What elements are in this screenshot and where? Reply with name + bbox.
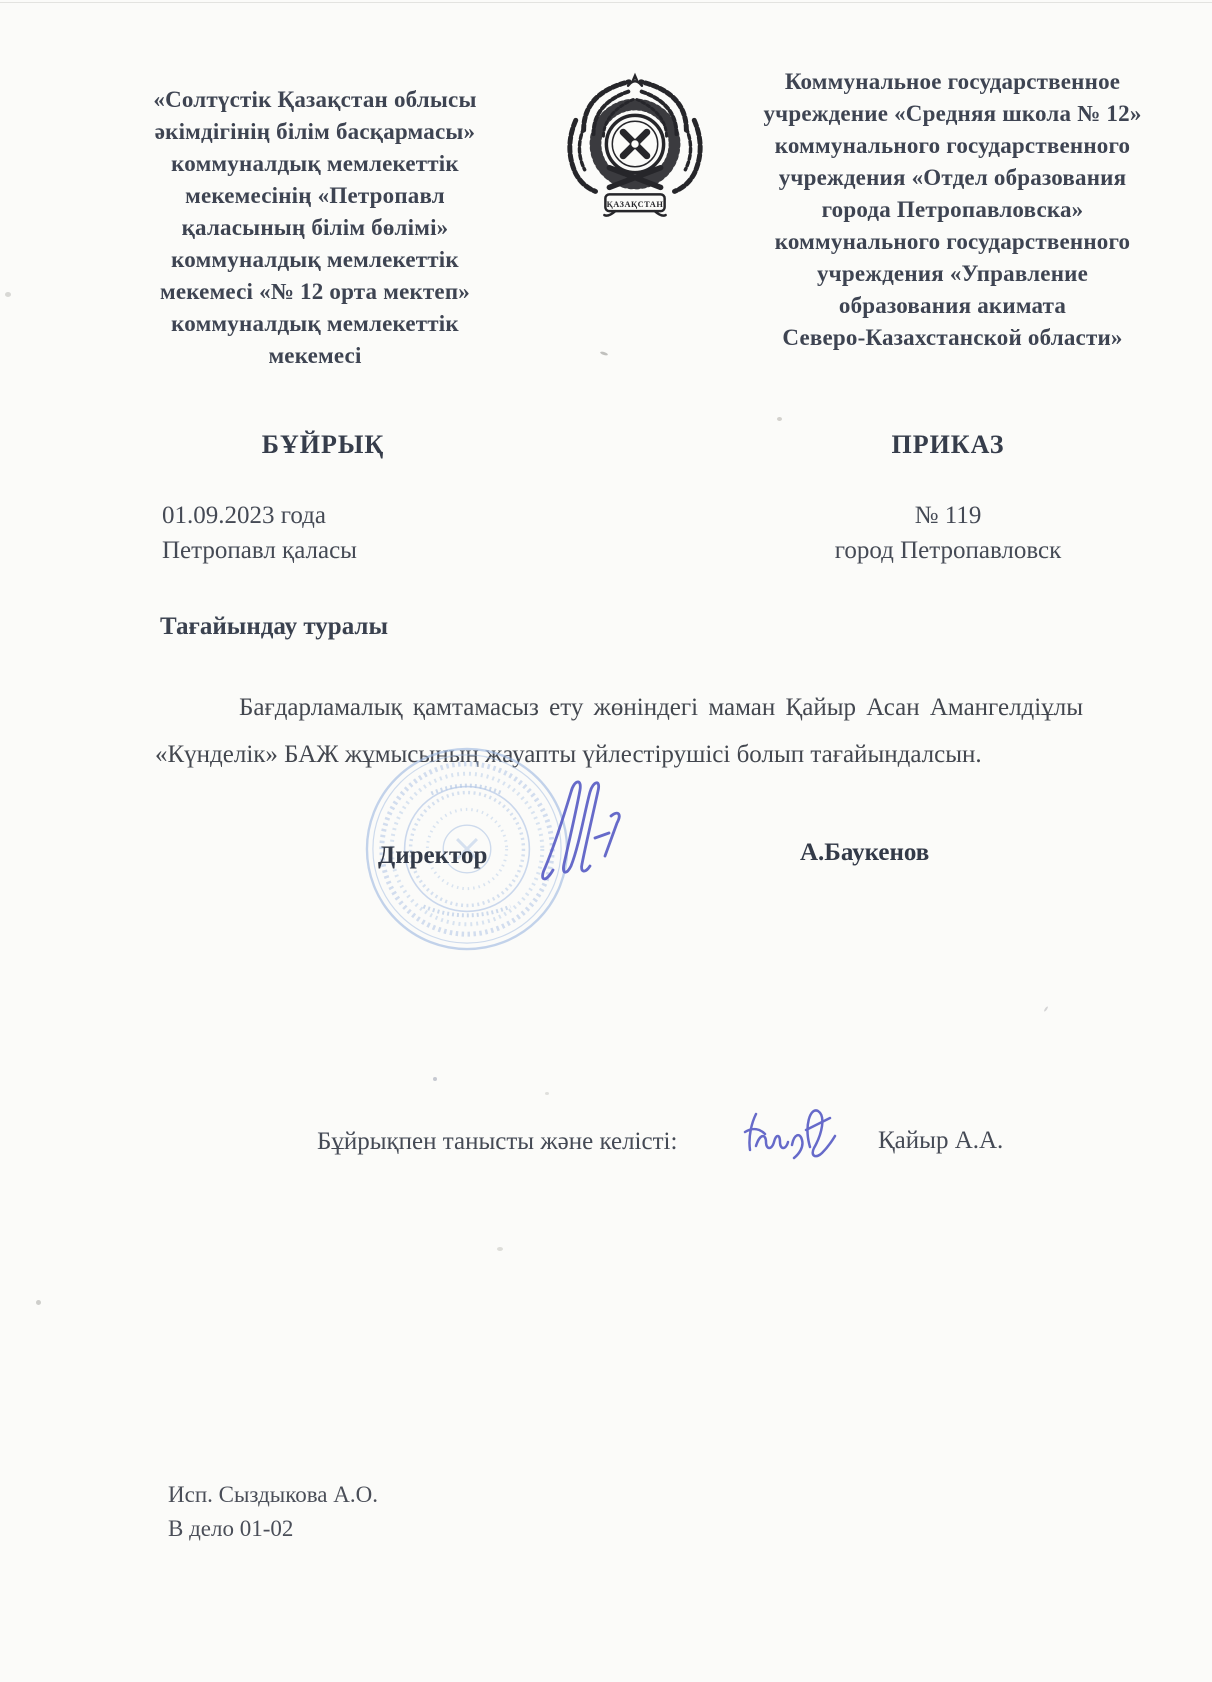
header-line: қаласының білім бөлімі»: [137, 212, 493, 244]
header-line: әкімдігінің білім басқармасы»: [137, 116, 493, 148]
header-line: учреждения «Управление: [760, 258, 1145, 290]
header-line: коммунального государственного: [760, 226, 1145, 258]
header-line: Коммунальное государственное: [760, 66, 1145, 98]
scan-artifact: [545, 1092, 549, 1095]
scan-artifact: [600, 351, 609, 356]
header-org-kazakh: «Солтүстік Қазақстан облысыәкімдігінің б…: [137, 84, 493, 372]
header-line: города Петропавловска»: [760, 194, 1145, 226]
header-line: мекемесінің «Петропавл: [137, 180, 493, 212]
order-subject: Тағайындау туралы: [160, 613, 388, 641]
header-line: учреждения «Отдел образования: [760, 162, 1145, 194]
order-body: Бағдарламалық қамтамасыз ету жөніндегі м…: [155, 684, 1083, 778]
header-org-russian: Коммунальное государственноеучреждение «…: [760, 66, 1145, 354]
header-line: коммунального государственного: [760, 130, 1145, 162]
emblem-banner-text: ҚАЗАҚСТАН: [607, 200, 664, 209]
order-date: 01.09.2023 года: [162, 498, 357, 533]
scan-artifact: [497, 1247, 503, 1251]
director-label: Директор: [378, 842, 487, 870]
executor-note: Исп. Сыздыкова А.О.: [168, 1478, 378, 1512]
header-line: Северо-Казахстанской области»: [760, 322, 1145, 354]
scan-artifact: [777, 417, 782, 421]
order-title-russian: ПРИКАЗ: [783, 429, 1113, 461]
acknowledgment-label: Бұйрықпен танысты және келісті:: [317, 1128, 677, 1156]
director-name: А.Баукенов: [800, 839, 929, 867]
footer-block: Исп. Сыздыкова А.О. В дело 01-02: [168, 1478, 378, 1546]
scan-artifact: [36, 1300, 41, 1305]
header-line: образования акимата: [760, 290, 1145, 322]
order-place-russian: город Петропавловск: [783, 533, 1113, 568]
file-note: В дело 01-02: [168, 1512, 378, 1546]
order-number: № 119: [783, 498, 1113, 533]
header-line: мекемесі: [137, 340, 493, 372]
director-signature-graphic: [535, 768, 645, 893]
scan-artifact: [0, 2, 1212, 3]
order-number-block: № 119 город Петропавловск: [783, 498, 1113, 568]
header-line: учреждение «Средняя школа № 12»: [760, 98, 1145, 130]
header-line: коммуналдық мемлекеттік: [137, 244, 493, 276]
header-line: «Солтүстік Қазақстан облысы: [137, 84, 493, 116]
order-date-block: 01.09.2023 года Петропавл қаласы: [162, 498, 357, 568]
scan-artifact: [1043, 1006, 1048, 1012]
kazakhstan-emblem-graphic: ҚАЗАҚСТАН: [556, 68, 714, 220]
order-place-kazakh: Петропавл қаласы: [162, 533, 357, 568]
header-line: коммуналдық мемлекеттік: [137, 308, 493, 340]
kazakhstan-emblem-icon: ҚАЗАҚСТАН: [556, 68, 714, 220]
scan-artifact: [5, 292, 11, 297]
director-signature: [535, 768, 645, 893]
order-title-kazakh: БҰЙРЫҚ: [158, 429, 488, 461]
header-line: коммуналдық мемлекеттік: [137, 148, 493, 180]
acknowledged-signature-graphic: [740, 1100, 840, 1170]
acknowledged-signature: [740, 1100, 840, 1170]
header-line: мекемесі «№ 12 орта мектеп»: [137, 276, 493, 308]
acknowledged-by-name: Қайыр А.А.: [878, 1127, 1003, 1155]
document-page: «Солтүстік Қазақстан облысыәкімдігінің б…: [0, 0, 1212, 1682]
scan-artifact: [433, 1077, 437, 1081]
